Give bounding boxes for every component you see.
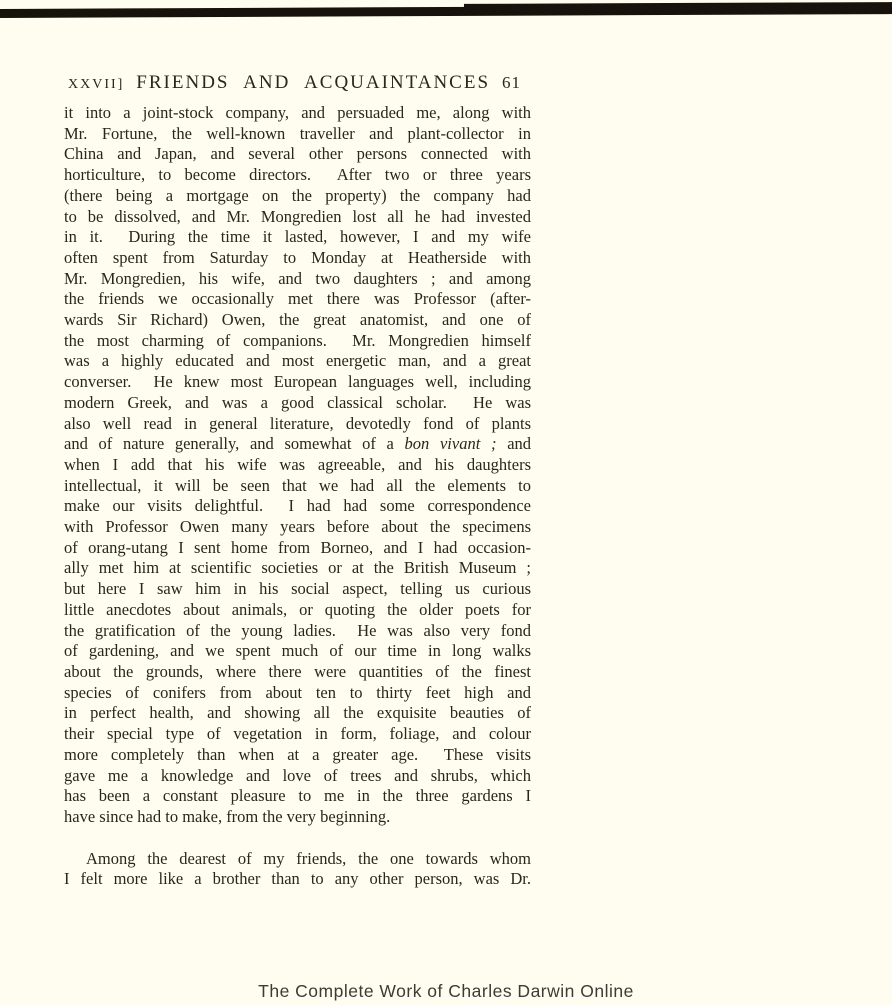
- text-line: of gardening, and we spent much of our t…: [64, 641, 531, 662]
- text-line: has been a constant pleasure to me in th…: [64, 786, 531, 807]
- text-line: when I add that his wife was agreeable, …: [64, 455, 531, 476]
- text-line: make our visits delightful. I had had so…: [64, 496, 531, 517]
- text-line: I felt more like a brother than to any o…: [64, 869, 531, 890]
- scan-artifact-bar: [0, 5, 892, 18]
- text-line: (there being a mortgage on the property)…: [64, 186, 531, 207]
- text-line: to be dissolved, and Mr. Mongredien lost…: [64, 207, 531, 228]
- text-line: in it. During the time it lasted, howeve…: [64, 227, 531, 248]
- text-line: the friends we occasionally met there wa…: [64, 289, 531, 310]
- text-line: Among the dearest of my friends, the one…: [64, 849, 531, 870]
- text-line: gave me a knowledge and love of trees an…: [64, 766, 531, 787]
- text-line: often spent from Saturday to Monday at H…: [64, 248, 531, 269]
- text-line: ally met him at scientific societies or …: [64, 558, 531, 579]
- text-line: Mr. Fortune, the well-known traveller an…: [64, 124, 531, 145]
- chapter-reference: XXVII]: [64, 77, 124, 93]
- text-line: China and Japan, and several other perso…: [64, 144, 531, 165]
- text-line: horticulture, to become directors. After…: [64, 165, 531, 186]
- text-line: but here I saw him in his social aspect,…: [64, 579, 531, 600]
- darwin-online-caption: The Complete Work of Charles Darwin Onli…: [0, 981, 892, 1002]
- text-line: converser. He knew most European languag…: [64, 372, 531, 393]
- text-line: in perfect health, and showing all the e…: [64, 703, 531, 724]
- text-line: about the grounds, where there were quan…: [64, 662, 531, 683]
- paragraph-2: Among the dearest of my friends, the one…: [64, 849, 531, 890]
- text-line: was a highly educated and most energetic…: [64, 351, 531, 372]
- text-line: and of nature generally, and somewhat of…: [64, 434, 531, 455]
- page-number: 61: [502, 73, 531, 93]
- text-line: species of conifers from about ten to th…: [64, 683, 531, 704]
- text-line: their special type of vegetation in form…: [64, 724, 531, 745]
- text-line: Mr. Mongredien, his wife, and two daught…: [64, 269, 531, 290]
- running-title: FRIENDS AND ACQUAINTANCES: [124, 72, 502, 94]
- text-line: also well read in general literature, de…: [64, 414, 531, 435]
- paragraph-1: it into a joint-stock company, and persu…: [64, 103, 531, 828]
- text-line: the most charming of companions. Mr. Mon…: [64, 331, 531, 352]
- text-line: of orang-utang I sent home from Borneo, …: [64, 538, 531, 559]
- text-line: wards Sir Richard) Owen, the great anato…: [64, 310, 531, 331]
- page-body-text: it into a joint-stock company, and persu…: [64, 103, 531, 890]
- text-line: modern Greek, and was a good classical s…: [64, 393, 531, 414]
- page-paper: XXVII] FRIENDS AND ACQUAINTANCES 61 it i…: [0, 0, 892, 1005]
- page-header: XXVII] FRIENDS AND ACQUAINTANCES 61: [64, 72, 531, 94]
- text-line: the gratification of the young ladies. H…: [64, 621, 531, 642]
- scanned-book-page: XXVII] FRIENDS AND ACQUAINTANCES 61 it i…: [0, 0, 892, 1005]
- text-line: more completely than when at a greater a…: [64, 745, 531, 766]
- text-line: it into a joint-stock company, and persu…: [64, 103, 531, 124]
- text-line: have since had to make, from the very be…: [64, 807, 531, 828]
- text-line: intellectual, it will be seen that we ha…: [64, 476, 531, 497]
- text-line: with Professor Owen many years before ab…: [64, 517, 531, 538]
- text-line: little anecdotes about animals, or quoti…: [64, 600, 531, 621]
